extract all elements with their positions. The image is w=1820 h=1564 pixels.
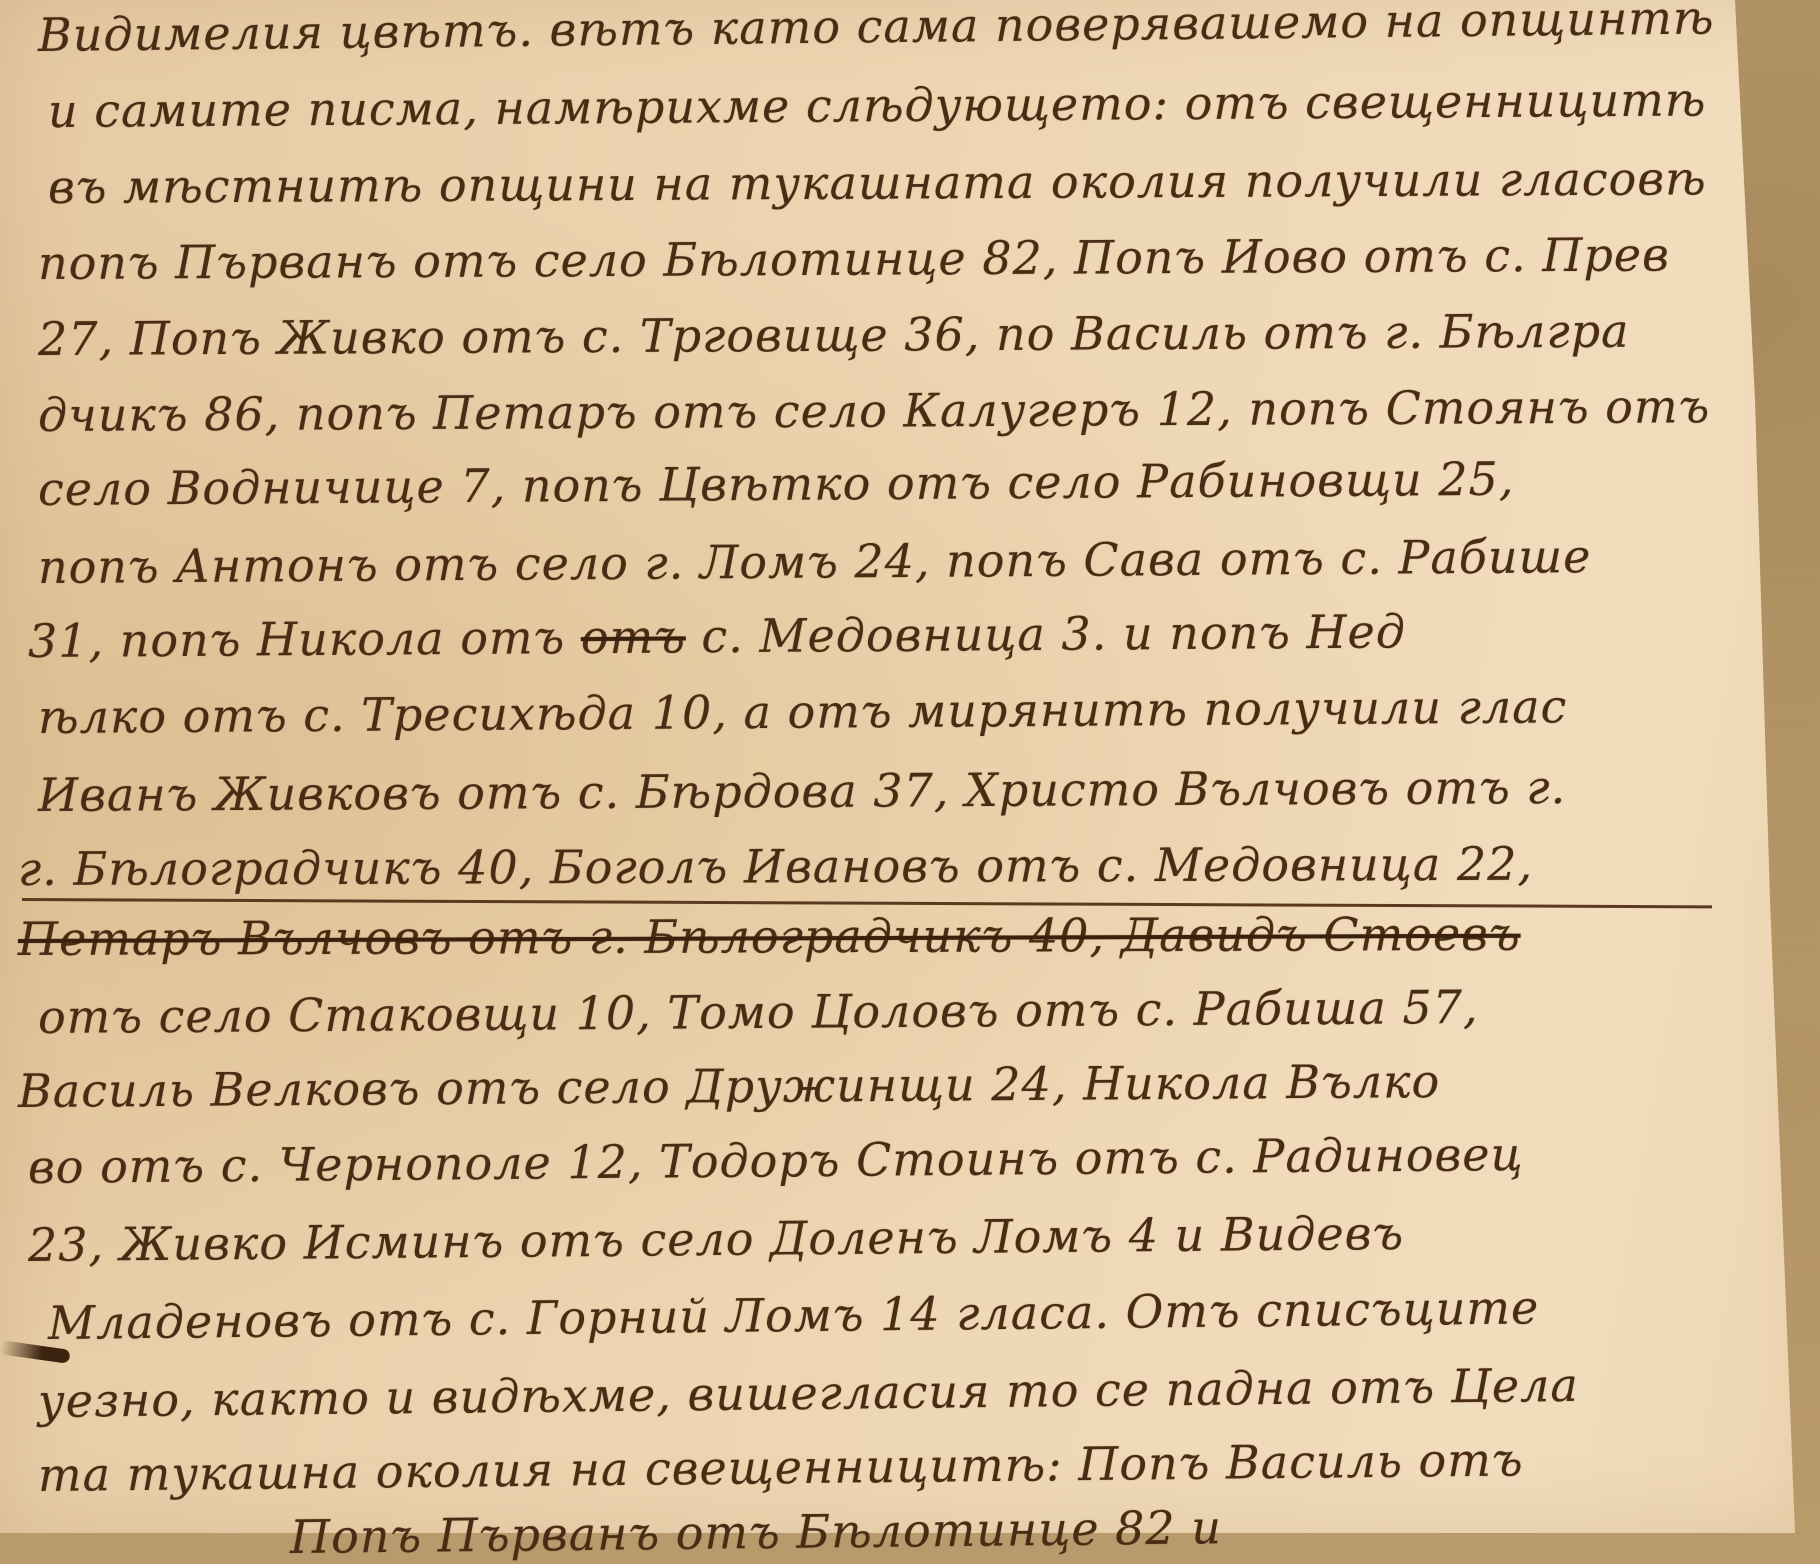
manuscript-line-10: ѣлко отъ с. Тресихѣда 10, а отъ мирянитѣ…	[38, 679, 1568, 744]
manuscript-line-16: во отъ с. Чернополе 12, Тодоръ Стоинъ от…	[28, 1127, 1524, 1194]
manuscript-line-5: 27, Попъ Живко отъ с. Трговище 36, по Ва…	[38, 304, 1630, 366]
manuscript-line-7: село Водничице 7, попъ Цвѣтко отъ село Р…	[38, 452, 1515, 516]
manuscript-line-20: та тукашна околия на свещенницитѣ: Попъ …	[38, 1432, 1524, 1502]
manuscript-text-area: Видимелия цвѣтъ. вѣтъ като сама поверява…	[0, 0, 1820, 1533]
manuscript-line-17: 23, Живко Исминъ отъ село Доленъ Ломъ 4 …	[28, 1206, 1405, 1272]
manuscript-line-11: Иванъ Живковъ отъ с. Бѣрдова 37, Христо …	[38, 760, 1566, 822]
manuscript-line-1: Видимелия цвѣтъ. вѣтъ като сама поверява…	[38, 0, 1715, 62]
manuscript-line-9: 31, попъ Никола отъ отъ с. Медовница 3. …	[28, 604, 1406, 668]
manuscript-line-12: г. Бѣлоградчикъ 40, Боголъ Ивановъ отъ с…	[18, 837, 1533, 896]
manuscript-line-13-struck: Петаръ Вълчовъ отъ г. Бѣлоградчикъ 40, Д…	[18, 907, 1521, 966]
line-9-continuation: с. Медовница 3. и попъ Нед	[701, 604, 1406, 663]
manuscript-line-19: уезно, както и видѣхме, вишегласия то се…	[38, 1358, 1579, 1428]
manuscript-line-8: попъ Антонъ отъ село г. Ломъ 24, попъ Са…	[38, 529, 1592, 594]
manuscript-line-4: попъ Първанъ отъ село Бѣлотинце 82, Попъ…	[38, 227, 1670, 290]
manuscript-line-14: отъ село Стаковщи 10, Томо Цоловъ отъ с.…	[38, 980, 1479, 1044]
manuscript-line-15: Василь Велковъ отъ село Дружинщи 24, Ник…	[18, 1054, 1441, 1118]
line-9-text: 31, попъ Никола отъ	[28, 610, 566, 668]
manuscript-line-18: Младеновъ отъ с. Горний Ломъ 14 гласа. О…	[48, 1280, 1540, 1350]
manuscript-line-6: дчикъ 86, попъ Петаръ отъ село Калугеръ …	[38, 379, 1710, 442]
manuscript-line-21-partial: Попъ Първанъ отъ Бѣлотинце 82 и	[290, 1500, 1222, 1533]
manuscript-line-3: въ мѣстнитѣ опщини на тукашната околия п…	[48, 151, 1707, 214]
manuscript-line-2: и самите писма, намѣрихме слѣдующето: от…	[48, 72, 1707, 138]
struck-line-text: Петаръ Вълчовъ отъ г. Бѣлоградчикъ 40, Д…	[18, 907, 1521, 966]
struck-word: отъ	[581, 609, 686, 664]
